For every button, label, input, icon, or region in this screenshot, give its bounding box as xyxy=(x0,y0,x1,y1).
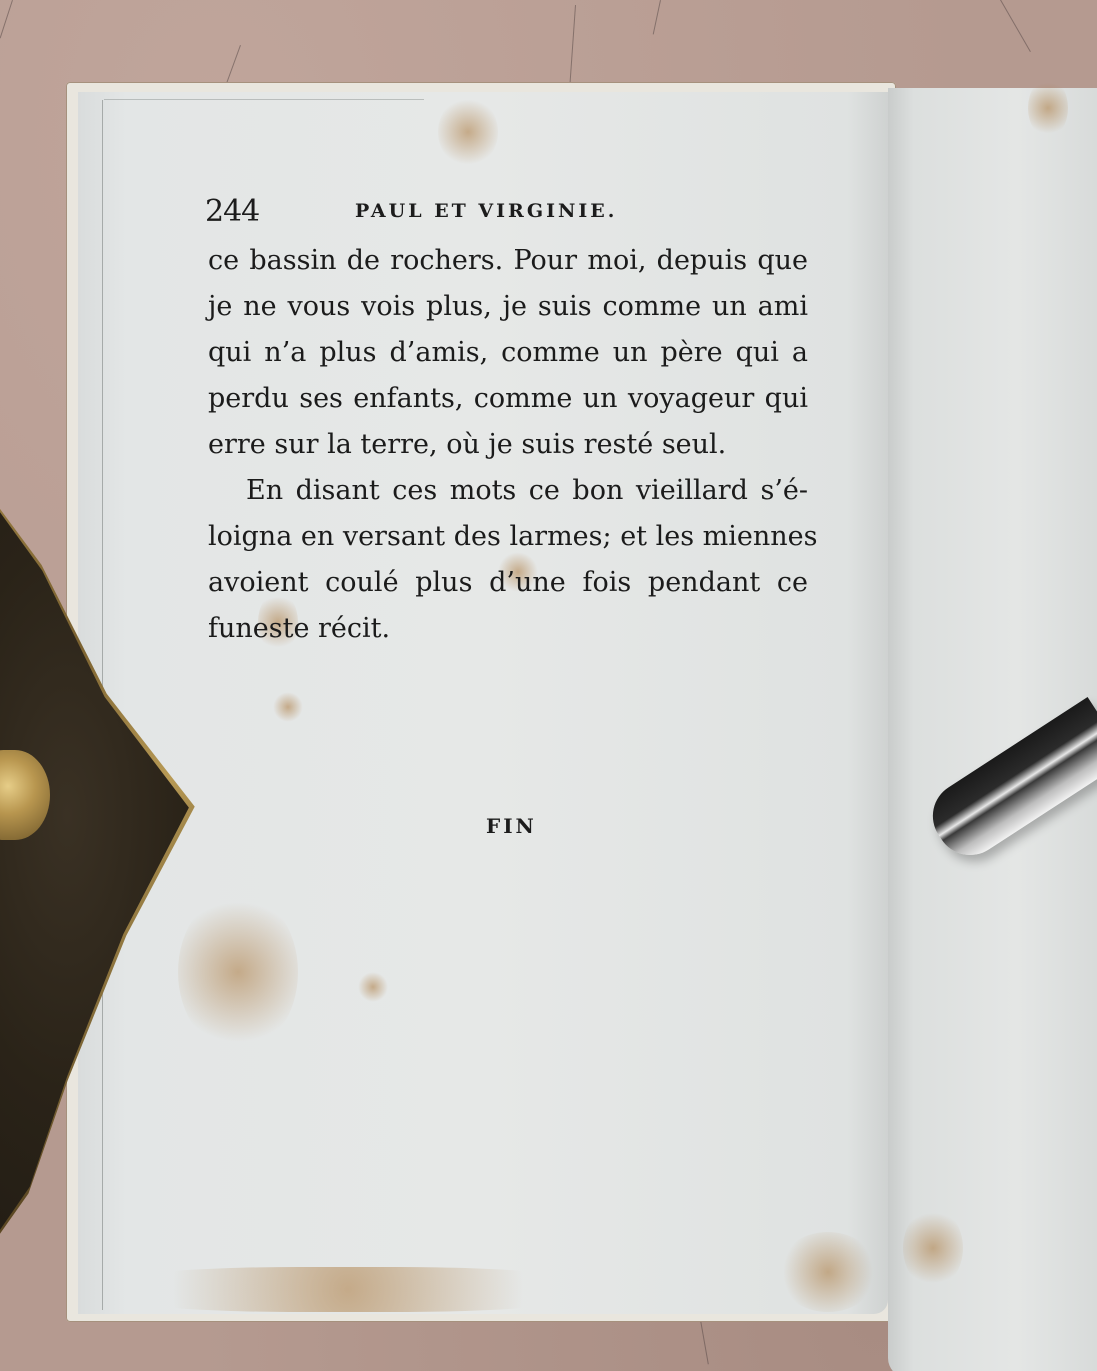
text-line: En disant ces mots ce bon vieillard s’é- xyxy=(208,468,808,514)
page-top-rule xyxy=(104,99,424,100)
page-body-text: ce bassin de rochers. Pour moi, depuis q… xyxy=(208,238,808,652)
running-title: PAUL ET VIRGINIE. xyxy=(355,200,617,222)
page-number: 244 xyxy=(205,194,259,229)
text-line: je ne vous vois plus, je suis comme un a… xyxy=(208,284,808,330)
foxing-stain xyxy=(178,892,298,1052)
foxing-stain xyxy=(273,692,303,722)
leather-scratch xyxy=(569,5,576,85)
text-line: ce bassin de rochers. Pour moi, depuis q… xyxy=(208,238,808,284)
leather-scratch xyxy=(700,1320,709,1364)
leather-scratch xyxy=(653,0,661,34)
foxing-stain xyxy=(903,1208,963,1288)
text-line: qui n’a plus d’amis, comme un père qui a xyxy=(208,330,808,376)
text-line: funeste récit. xyxy=(208,606,808,652)
running-header: 244 PAUL ET VIRGINIE. xyxy=(205,194,805,234)
text-line: avoient coulé plus d’une fois pendant ce xyxy=(208,560,808,606)
text-line: loigna en versant des larmes; et les mie… xyxy=(208,514,808,560)
leather-scratch xyxy=(0,0,13,38)
text-line: erre sur la terre, où je suis resté seul… xyxy=(208,422,808,468)
foxing-stain xyxy=(778,1232,878,1312)
text-line: perdu ses enfants, comme un voyageur qui xyxy=(208,376,808,422)
end-marker: FIN xyxy=(486,814,537,838)
leather-scratch xyxy=(1000,0,1031,52)
foxing-stain xyxy=(1028,78,1068,138)
foxing-stain xyxy=(98,1267,598,1312)
foxing-stain xyxy=(358,972,388,1002)
foxing-stain xyxy=(438,97,498,167)
